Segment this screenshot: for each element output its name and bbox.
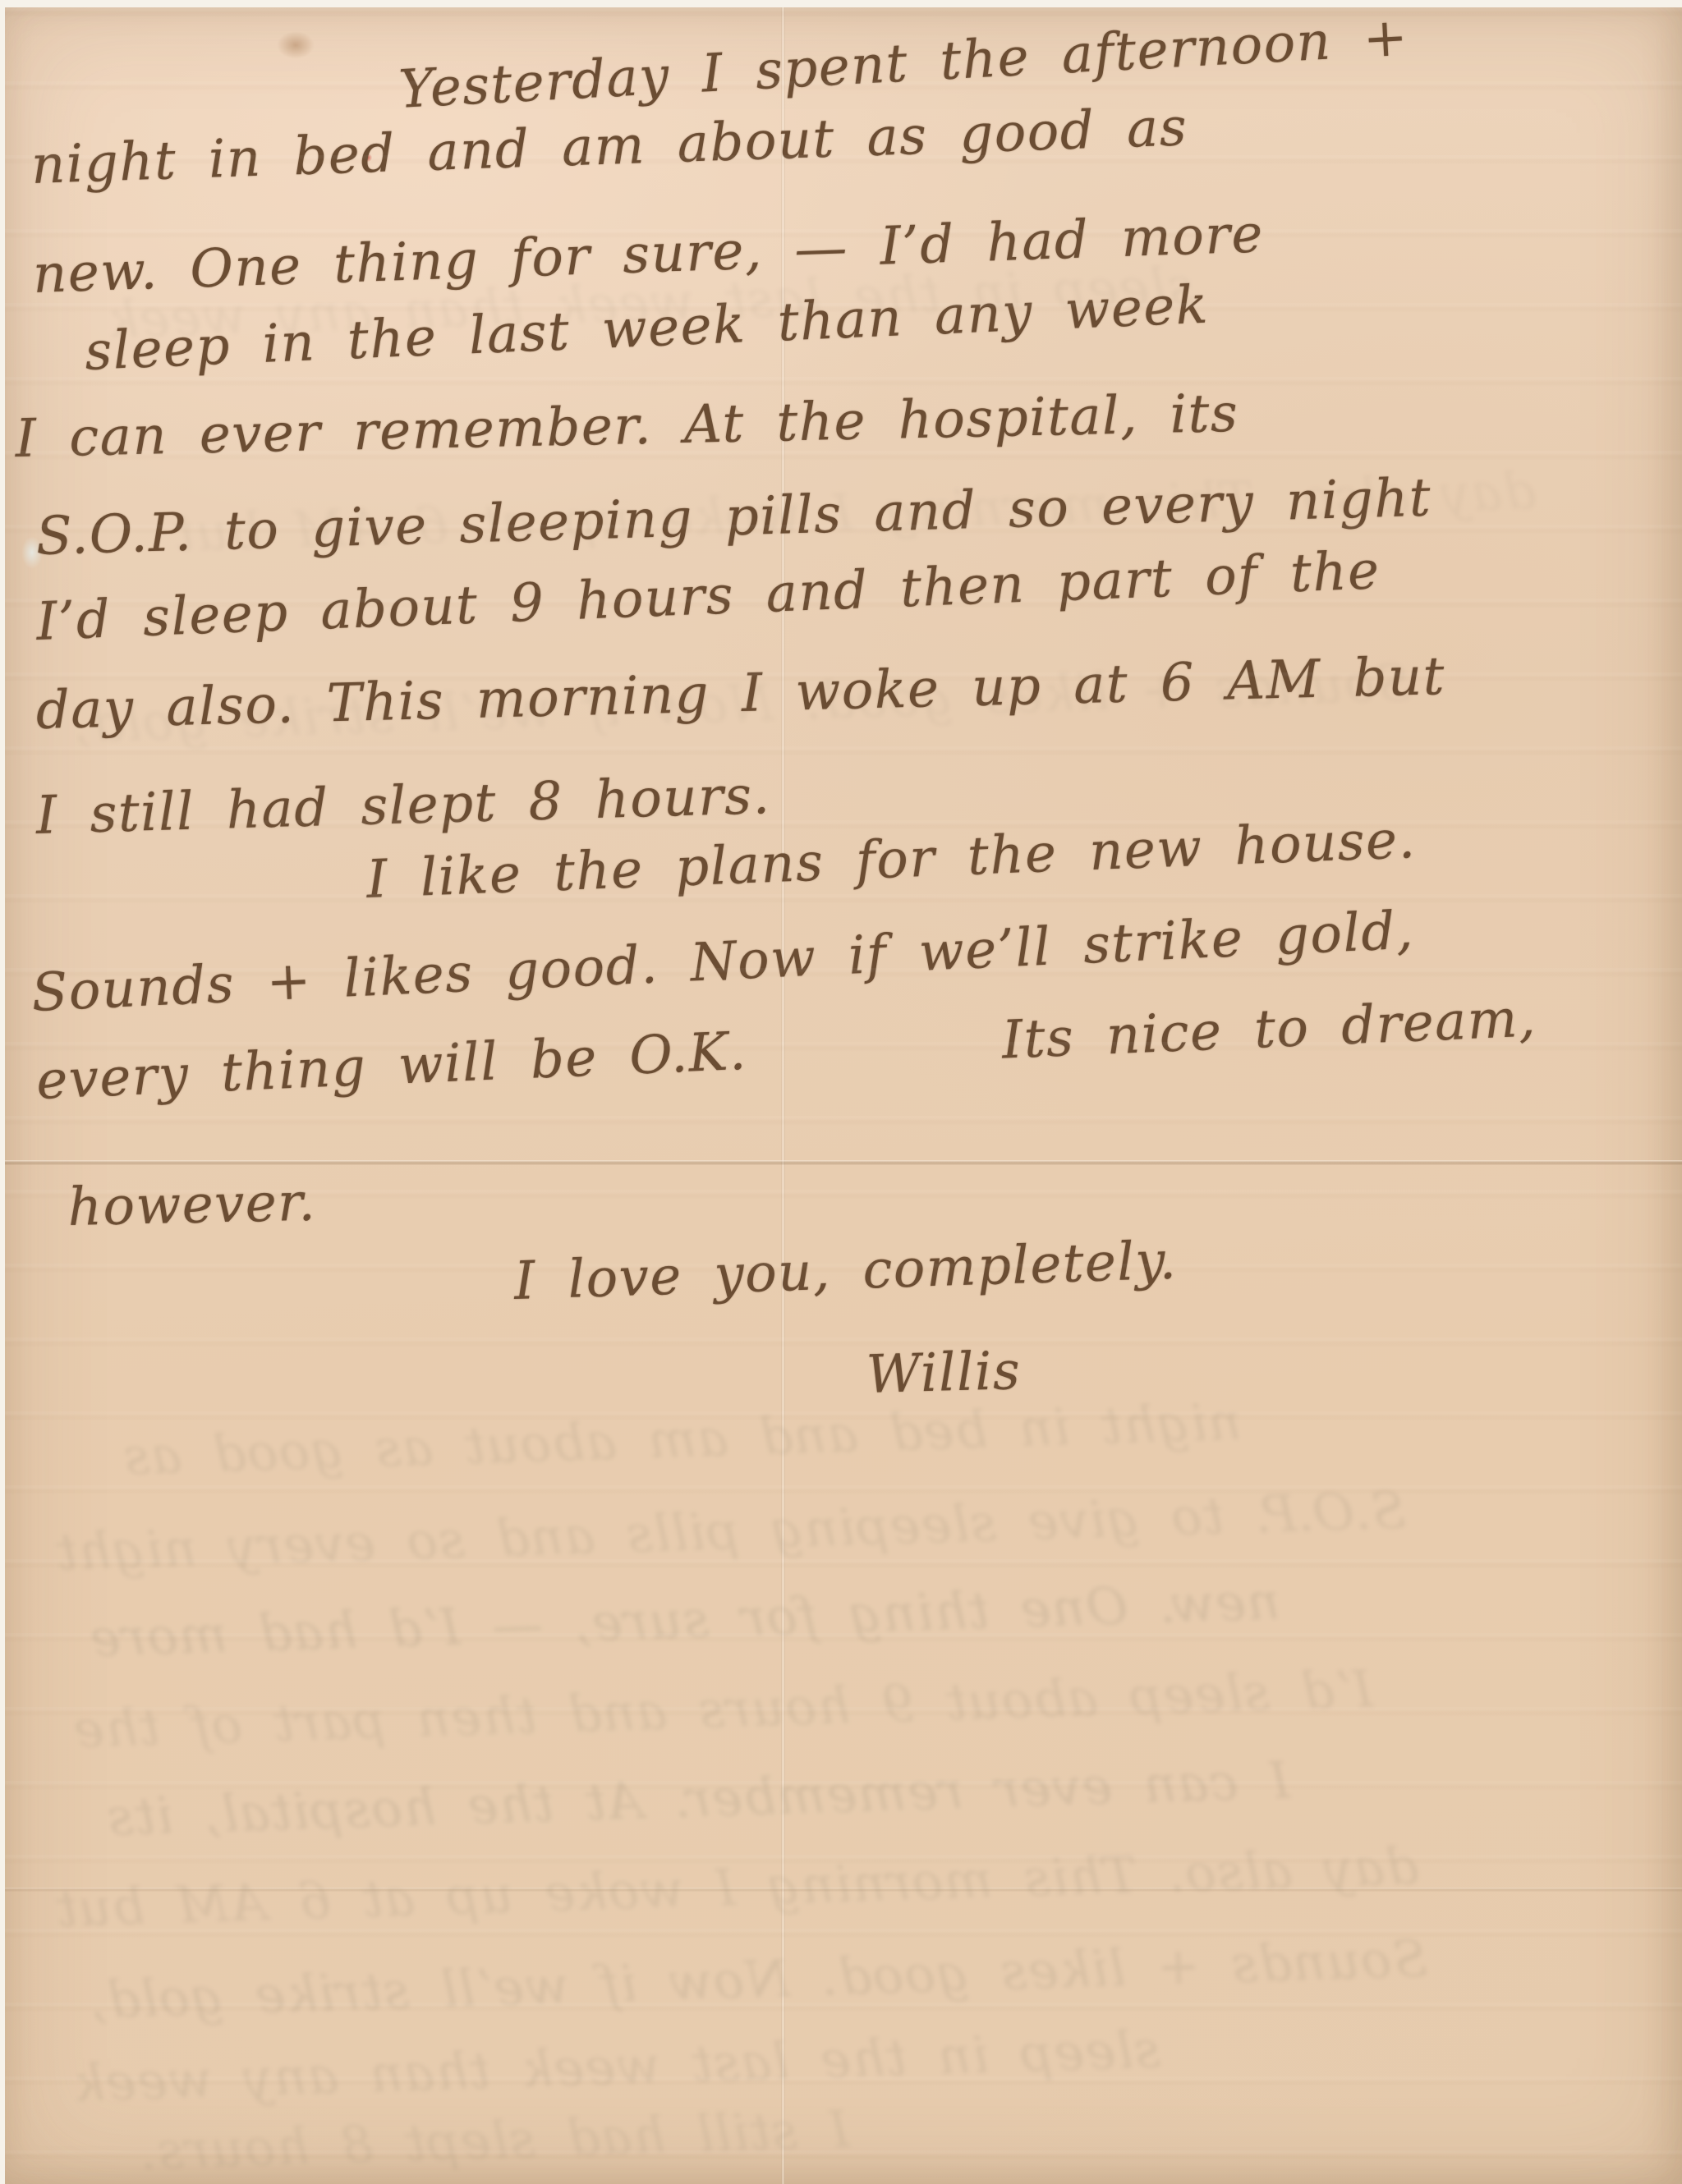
bleed-through-ghost-writing: Sounds + likes good. Now if we’ll strike…: [88, 1928, 1428, 2030]
bleed-through-ghost-writing: night in bed and am about as good as: [122, 1392, 1242, 1487]
letter-page: sleep in the last week than any week day…: [5, 7, 1682, 2184]
letter-line: Yesterday I spent the afternoon +: [398, 10, 1410, 118]
bleed-through-ghost-writing: new. One thing for sure, — I’d had more: [88, 1571, 1280, 1669]
letter-line: I can ever remember. At the hospital, it…: [15, 387, 1239, 467]
letter-line: night in bed and am about as good as: [30, 101, 1188, 195]
bleed-through-ghost-writing: I can ever remember. At the hospital, it…: [105, 1750, 1290, 1847]
fold-crease-horizontal-lower: [5, 1888, 1682, 1892]
bleed-through-ghost-writing: I still had slept 8 hours.: [138, 2099, 850, 2181]
bleed-through-ghost-writing: I’d sleep about 9 hours and then part of…: [71, 1659, 1373, 1760]
bleed-through-ghost-writing: day also. This morning I woke up at 6 AM…: [55, 1836, 1420, 1939]
letter-scan: sleep in the last week than any week day…: [0, 0, 1682, 2184]
fold-crease-horizontal: [5, 1160, 1682, 1165]
letter-line: however.: [67, 1176, 317, 1237]
bleed-through-ghost-writing: sleep in the last week than any week: [71, 2019, 1161, 2113]
bleed-through-ghost-writing: S.O.P. to give sleeping pills and so eve…: [55, 1480, 1408, 1582]
paper-stain: [277, 31, 315, 59]
letter-closing: I love you, completely.: [513, 1234, 1178, 1310]
letter-line: I still had slept 8 hours.: [35, 769, 771, 844]
letter-line: day also. This morning I woke up at 6 AM…: [35, 650, 1446, 740]
letter-signature: Willis: [866, 1344, 1022, 1403]
